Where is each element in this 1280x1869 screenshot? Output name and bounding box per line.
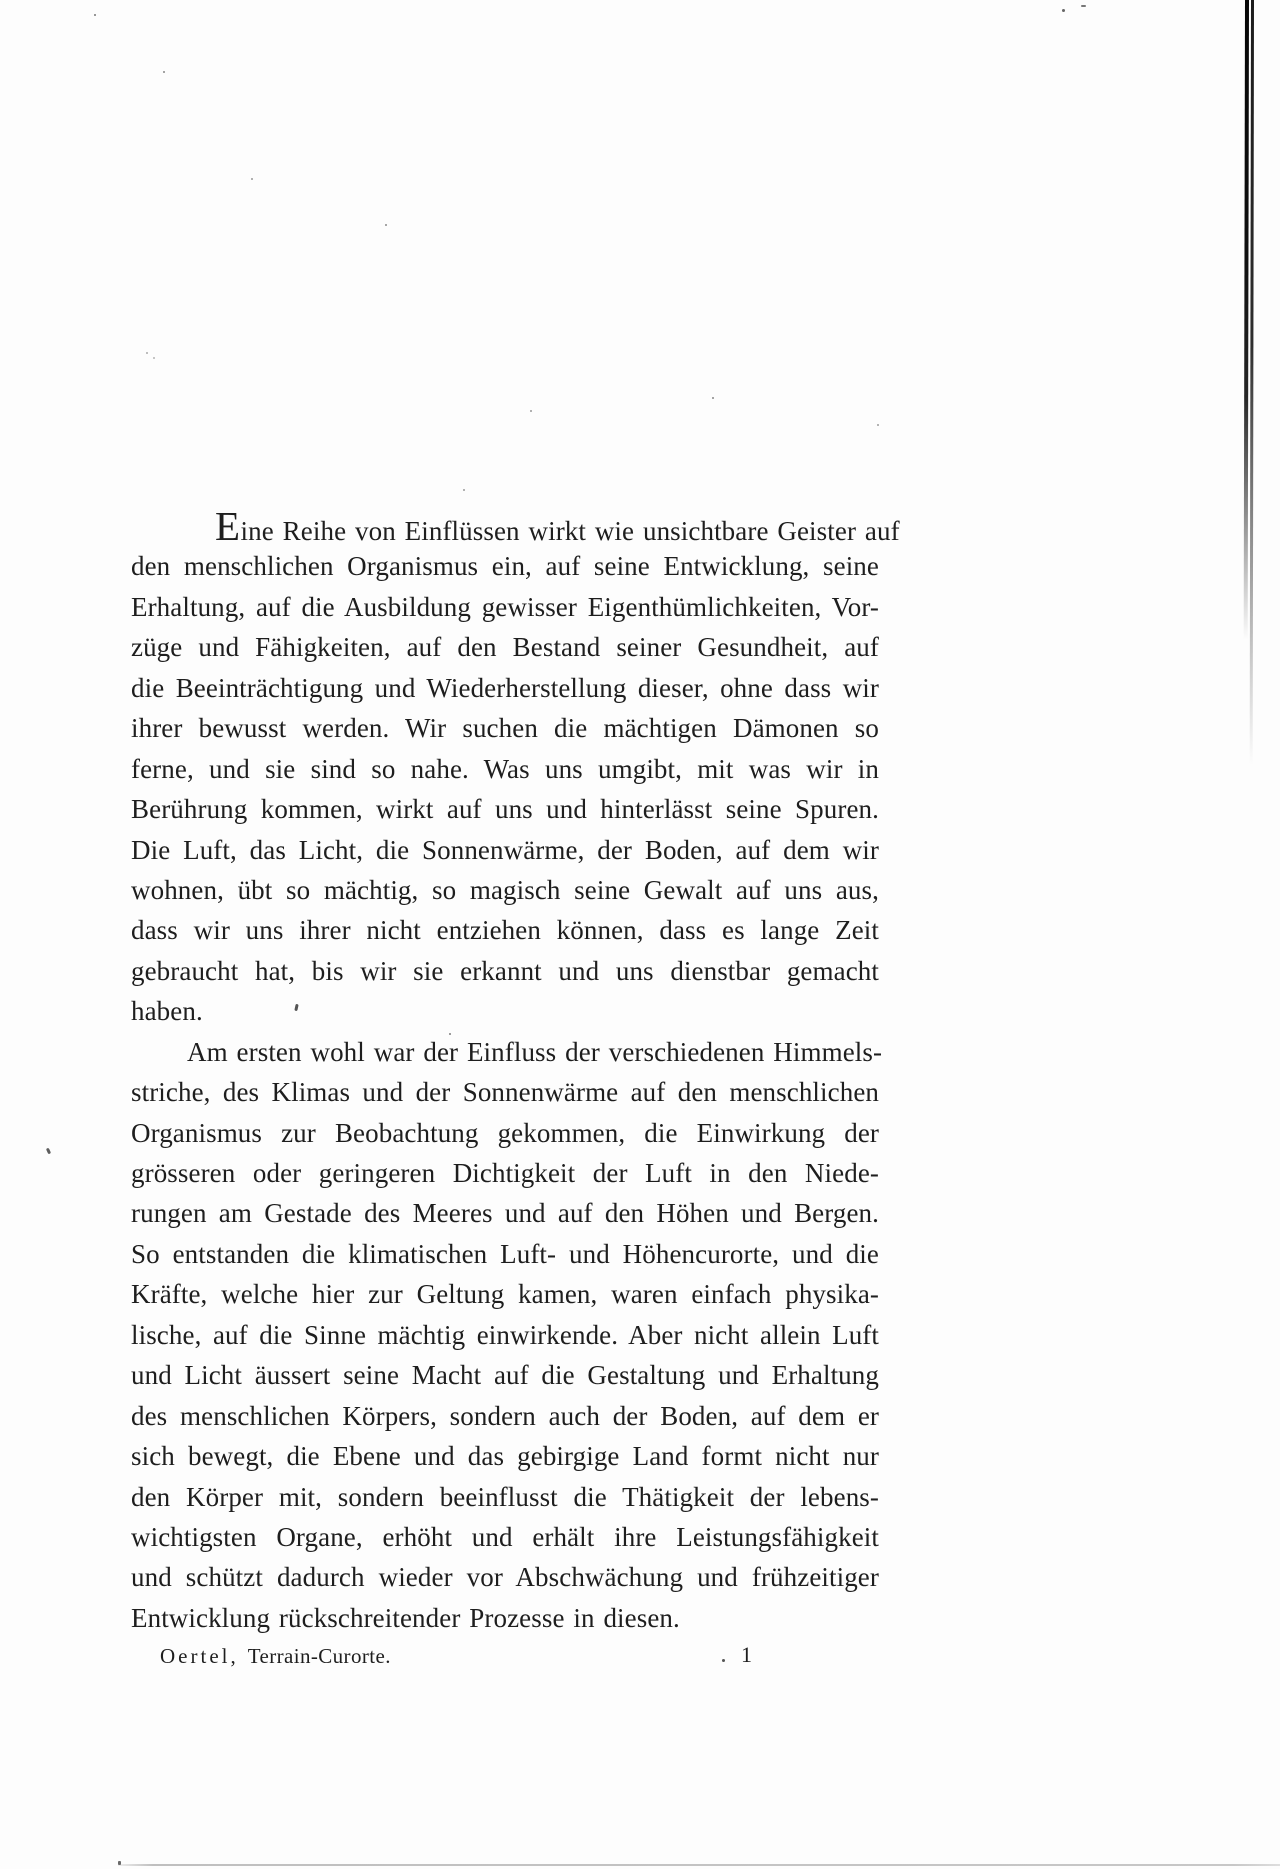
text-line: sich bewegt, die Ebene und das gebirgige… [131,1436,879,1476]
text-line: rungen am Gestade des Meeres und auf den… [131,1193,879,1233]
scan-speck [722,1659,725,1662]
text-line: den menschlichen Organismus ein, auf sei… [131,546,879,586]
text-line: gebraucht hat, bis wir sie erkannt und u… [131,951,879,991]
text-line: Eine Reihe von Einflüssen wirkt wie unsi… [131,506,879,546]
text-line: und Licht äussert seine Macht auf die Ge… [131,1355,879,1395]
text-line: Die Luft, das Licht, die Sonnenwärme, de… [131,830,879,870]
page-number: 1 [741,1640,752,1670]
text-line: die Beeinträchtigung und Wiederherstellu… [131,668,879,708]
paragraph: Am ersten wohl war der Einfluss der vers… [131,1032,879,1639]
footer-book-title: Terrain-Curorte. [248,1644,391,1668]
scan-speck [449,1033,451,1035]
scan-speck [163,71,165,73]
footer-author: Oertel, [160,1644,239,1668]
text-line: züge und Fähigkeiten, auf den Bestand se… [131,627,879,667]
scan-bottom-tick [118,1861,121,1865]
scan-speck [1081,5,1086,7]
text-line: dass wir uns ihrer nicht entziehen könne… [131,910,879,950]
text-line: Am ersten wohl war der Einfluss der vers… [131,1032,879,1072]
scan-speck [146,352,148,354]
text-line: striche, des Klimas und der Sonnenwärme … [131,1072,879,1112]
text-line: des menschlichen Körpers, sondern auch d… [131,1396,879,1436]
scan-binding-line-secondary [1250,0,1254,765]
footer-signature: Oertel,Terrain-Curorte. [160,1641,391,1671]
text-line: So entstanden die klimatischen Luft- und… [131,1234,879,1274]
scan-speck [712,397,714,399]
book-page-scan: Eine Reihe von Einflüssen wirkt wie unsi… [0,0,1280,1869]
text-line: ihrer bewusst werden. Wir suchen die mäc… [131,708,879,748]
scan-bottom-edge [118,1864,1280,1866]
text-line: haben. [131,991,879,1031]
paragraph: Eine Reihe von Einflüssen wirkt wie unsi… [131,506,879,1032]
scan-speck [251,178,253,180]
text-line: Entwicklung rückschreitender Prozesse in… [131,1598,879,1638]
scan-binding-line [1244,0,1249,640]
page-text: Eine Reihe von Einflüssen wirkt wie unsi… [131,506,879,1638]
text-line: den Körper mit, sondern beeinflusst die … [131,1477,879,1517]
text-line: grösseren oder geringeren Dichtigkeit de… [131,1153,879,1193]
scan-speck [153,357,155,359]
text-line: Berührung kommen, wirkt auf uns und hint… [131,789,879,829]
text-line: Erhaltung, auf die Ausbildung gewisser E… [131,587,879,627]
text-line: Kräfte, welche hier zur Geltung kamen, w… [131,1274,879,1314]
scan-speck [46,1148,51,1155]
scan-speck [385,224,387,226]
text-line: lische, auf die Sinne mächtig einwirkend… [131,1315,879,1355]
scan-speck [530,410,532,412]
scan-speck [463,489,465,491]
scan-speck [94,14,96,16]
text-line: Organismus zur Beobachtung gekommen, die… [131,1113,879,1153]
text-line: wichtigsten Organe, erhöht und erhält ih… [131,1517,879,1557]
text-line: wohnen, übt so mächtig, so magisch seine… [131,870,879,910]
text-line: ferne, und sie sind so nahe. Was uns umg… [131,749,879,789]
scan-speck [1062,9,1065,12]
drop-initial: E [215,503,241,549]
text-line: und schützt dadurch wieder vor Abschwäch… [131,1557,879,1597]
scan-speck [877,424,879,426]
